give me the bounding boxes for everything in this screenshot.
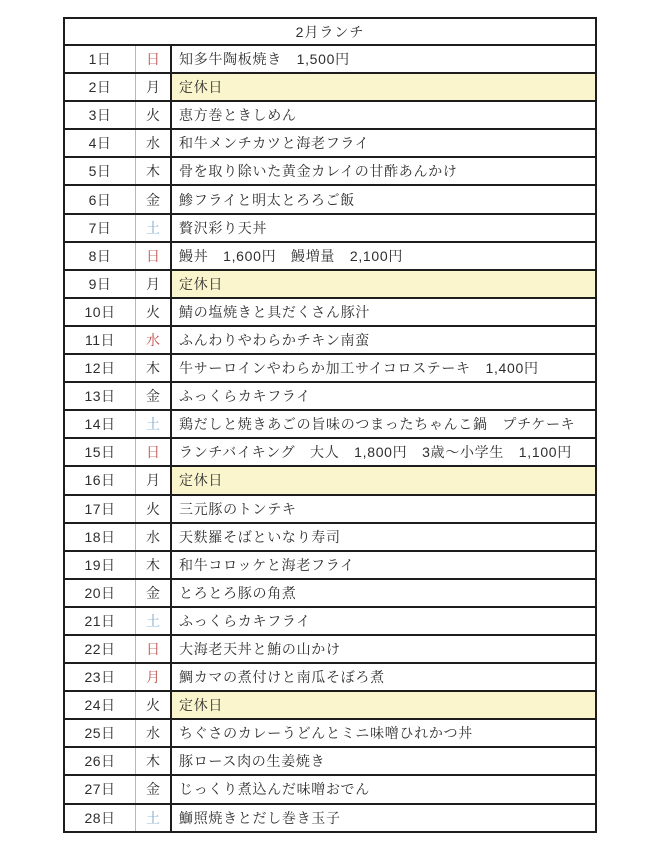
- table-row: 5日 木 骨を取り除いた黄金カレイの甘酢あんかけ: [65, 156, 595, 184]
- menu-item-cell: 定休日: [172, 74, 595, 100]
- date-cell: 7日: [65, 215, 136, 241]
- table-row: 22日 日 大海老天丼と鮪の山かけ: [65, 634, 595, 662]
- menu-item-cell: 贅沢彩り天丼: [172, 215, 595, 241]
- day-of-week-cell: 土: [136, 215, 172, 241]
- day-of-week-cell: 水: [136, 524, 172, 550]
- table-row: 23日 月 鯛カマの煮付けと南瓜そぼろ煮: [65, 662, 595, 690]
- day-of-week-cell: 金: [136, 186, 172, 212]
- date-cell: 18日: [65, 524, 136, 550]
- date-cell: 22日: [65, 636, 136, 662]
- table-row: 13日 金 ふっくらカキフライ: [65, 381, 595, 409]
- page-title: 2月ランチ: [296, 22, 365, 42]
- table-row: 18日 水 天麩羅そばといなり寿司: [65, 522, 595, 550]
- day-of-week-cell: 月: [136, 467, 172, 493]
- table-row: 12日 木 牛サーロインやわらか加工サイコロステーキ 1,400円: [65, 353, 595, 381]
- date-cell: 8日: [65, 243, 136, 269]
- day-of-week-cell: 木: [136, 355, 172, 381]
- day-of-week-cell: 金: [136, 383, 172, 409]
- day-of-week-cell: 木: [136, 748, 172, 774]
- day-of-week-cell: 火: [136, 102, 172, 128]
- menu-item-cell: 知多牛陶板焼き 1,500円: [172, 46, 595, 72]
- menu-item-cell: 定休日: [172, 467, 595, 493]
- date-cell: 12日: [65, 355, 136, 381]
- lunch-menu-table: 2月ランチ 1日 日 知多牛陶板焼き 1,500円 2日 月 定休日 3日 火 …: [63, 17, 597, 833]
- menu-item-cell: 恵方巻ときしめん: [172, 102, 595, 128]
- day-of-week-cell: 月: [136, 74, 172, 100]
- table-row: 25日 水 ちぐさのカレーうどんとミニ味噌ひれかつ丼: [65, 718, 595, 746]
- menu-item-cell: 鰤照焼きとだし巻き玉子: [172, 805, 595, 831]
- table-row: 24日 火 定休日: [65, 690, 595, 718]
- table-row: 2日 月 定休日: [65, 72, 595, 100]
- menu-item-cell: 牛サーロインやわらか加工サイコロステーキ 1,400円: [172, 355, 595, 381]
- day-of-week-cell: 火: [136, 299, 172, 325]
- table-row: 17日 火 三元豚のトンテキ: [65, 494, 595, 522]
- date-cell: 4日: [65, 130, 136, 156]
- date-cell: 14日: [65, 411, 136, 437]
- date-cell: 15日: [65, 439, 136, 465]
- table-row: 11日 水 ふんわりやわらかチキン南蛮: [65, 325, 595, 353]
- table-row: 7日 土 贅沢彩り天丼: [65, 213, 595, 241]
- day-of-week-cell: 月: [136, 664, 172, 690]
- day-of-week-cell: 日: [136, 636, 172, 662]
- date-cell: 28日: [65, 805, 136, 831]
- menu-item-cell: ふんわりやわらかチキン南蛮: [172, 327, 595, 353]
- menu-item-cell: とろとろ豚の角煮: [172, 580, 595, 606]
- day-of-week-cell: 日: [136, 243, 172, 269]
- table-row: 4日 水 和牛メンチカツと海老フライ: [65, 128, 595, 156]
- table-row: 19日 木 和牛コロッケと海老フライ: [65, 550, 595, 578]
- table-row: 14日 土 鶏だしと焼きあごの旨味のつまったちゃんこ鍋 プチケーキ: [65, 409, 595, 437]
- day-of-week-cell: 金: [136, 580, 172, 606]
- page: 2月ランチ 1日 日 知多牛陶板焼き 1,500円 2日 月 定休日 3日 火 …: [0, 0, 660, 851]
- menu-item-cell: ちぐさのカレーうどんとミニ味噌ひれかつ丼: [172, 720, 595, 746]
- date-cell: 3日: [65, 102, 136, 128]
- day-of-week-cell: 土: [136, 805, 172, 831]
- menu-item-cell: 豚ロース肉の生姜焼き: [172, 748, 595, 774]
- day-of-week-cell: 金: [136, 776, 172, 802]
- menu-item-cell: ランチバイキング 大人 1,800円 3歳～小学生 1,100円: [172, 439, 595, 465]
- menu-item-cell: ふっくらカキフライ: [172, 608, 595, 634]
- date-cell: 6日: [65, 186, 136, 212]
- menu-item-cell: 鯖の塩焼きと具だくさん豚汁: [172, 299, 595, 325]
- table-body: 1日 日 知多牛陶板焼き 1,500円 2日 月 定休日 3日 火 恵方巻ときし…: [65, 44, 595, 831]
- date-cell: 1日: [65, 46, 136, 72]
- day-of-week-cell: 火: [136, 496, 172, 522]
- day-of-week-cell: 土: [136, 411, 172, 437]
- date-cell: 21日: [65, 608, 136, 634]
- date-cell: 17日: [65, 496, 136, 522]
- menu-item-cell: 鯛カマの煮付けと南瓜そぼろ煮: [172, 664, 595, 690]
- table-row: 26日 木 豚ロース肉の生姜焼き: [65, 746, 595, 774]
- menu-item-cell: 鶏だしと焼きあごの旨味のつまったちゃんこ鍋 プチケーキ: [172, 411, 595, 437]
- day-of-week-cell: 水: [136, 327, 172, 353]
- table-row: 3日 火 恵方巻ときしめん: [65, 100, 595, 128]
- menu-item-cell: 定休日: [172, 692, 595, 718]
- table-row: 15日 日 ランチバイキング 大人 1,800円 3歳～小学生 1,100円: [65, 437, 595, 465]
- table-row: 9日 月 定休日: [65, 269, 595, 297]
- date-cell: 23日: [65, 664, 136, 690]
- table-row: 8日 日 鰻丼 1,600円 鰻増量 2,100円: [65, 241, 595, 269]
- table-row: 21日 土 ふっくらカキフライ: [65, 606, 595, 634]
- date-cell: 27日: [65, 776, 136, 802]
- date-cell: 16日: [65, 467, 136, 493]
- day-of-week-cell: 土: [136, 608, 172, 634]
- menu-item-cell: 鰻丼 1,600円 鰻増量 2,100円: [172, 243, 595, 269]
- date-cell: 19日: [65, 552, 136, 578]
- table-title-row: 2月ランチ: [65, 19, 595, 44]
- date-cell: 10日: [65, 299, 136, 325]
- menu-item-cell: 和牛コロッケと海老フライ: [172, 552, 595, 578]
- day-of-week-cell: 日: [136, 46, 172, 72]
- day-of-week-cell: 火: [136, 692, 172, 718]
- menu-item-cell: 天麩羅そばといなり寿司: [172, 524, 595, 550]
- table-row: 28日 土 鰤照焼きとだし巻き玉子: [65, 803, 595, 831]
- day-of-week-cell: 日: [136, 439, 172, 465]
- table-row: 16日 月 定休日: [65, 465, 595, 493]
- table-row: 10日 火 鯖の塩焼きと具だくさん豚汁: [65, 297, 595, 325]
- date-cell: 25日: [65, 720, 136, 746]
- date-cell: 20日: [65, 580, 136, 606]
- day-of-week-cell: 木: [136, 158, 172, 184]
- menu-item-cell: 骨を取り除いた黄金カレイの甘酢あんかけ: [172, 158, 595, 184]
- menu-item-cell: 三元豚のトンテキ: [172, 496, 595, 522]
- menu-item-cell: 和牛メンチカツと海老フライ: [172, 130, 595, 156]
- menu-item-cell: ふっくらカキフライ: [172, 383, 595, 409]
- table-row: 1日 日 知多牛陶板焼き 1,500円: [65, 44, 595, 72]
- table-row: 27日 金 じっくり煮込んだ味噌おでん: [65, 774, 595, 802]
- table-row: 20日 金 とろとろ豚の角煮: [65, 578, 595, 606]
- day-of-week-cell: 木: [136, 552, 172, 578]
- menu-item-cell: じっくり煮込んだ味噌おでん: [172, 776, 595, 802]
- date-cell: 26日: [65, 748, 136, 774]
- table-row: 6日 金 鯵フライと明太とろろご飯: [65, 184, 595, 212]
- day-of-week-cell: 水: [136, 130, 172, 156]
- date-cell: 13日: [65, 383, 136, 409]
- date-cell: 2日: [65, 74, 136, 100]
- date-cell: 24日: [65, 692, 136, 718]
- date-cell: 11日: [65, 327, 136, 353]
- day-of-week-cell: 水: [136, 720, 172, 746]
- menu-item-cell: 鯵フライと明太とろろご飯: [172, 186, 595, 212]
- day-of-week-cell: 月: [136, 271, 172, 297]
- menu-item-cell: 定休日: [172, 271, 595, 297]
- date-cell: 5日: [65, 158, 136, 184]
- date-cell: 9日: [65, 271, 136, 297]
- menu-item-cell: 大海老天丼と鮪の山かけ: [172, 636, 595, 662]
